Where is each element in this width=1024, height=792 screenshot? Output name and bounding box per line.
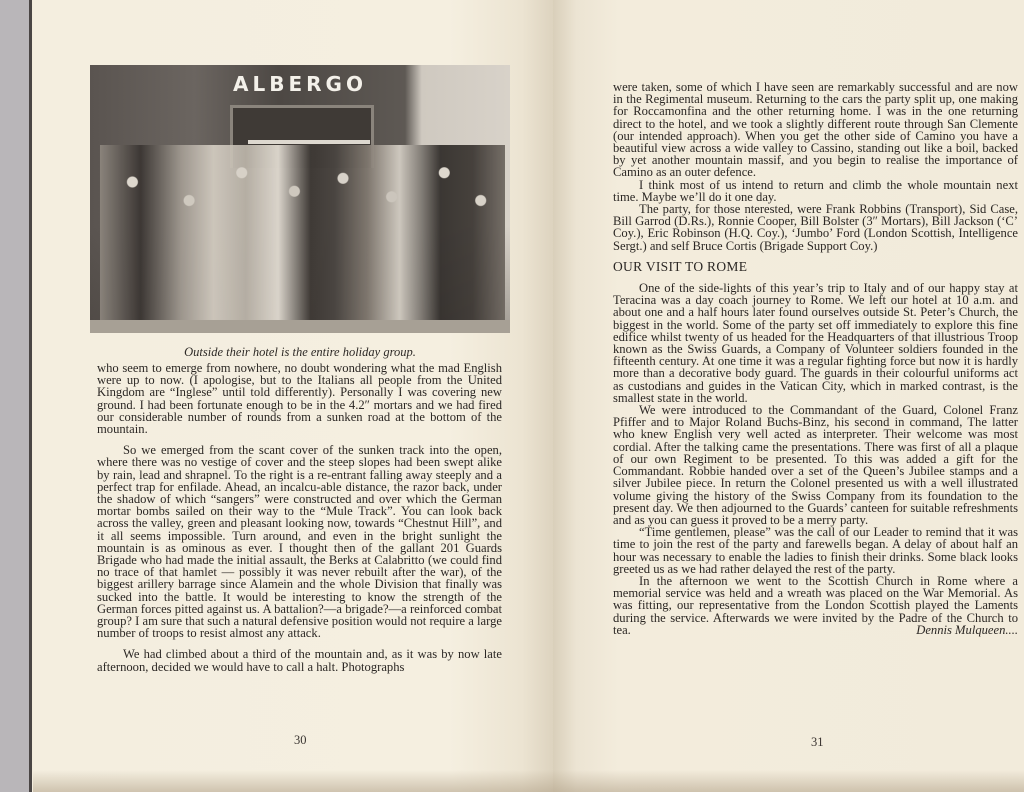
paragraph: The party, for those nterested, were Fra… [613, 203, 1018, 252]
page-number-left: 30 [294, 733, 307, 748]
paragraph: were taken, some of which I have seen ar… [613, 81, 1018, 179]
paragraph: One of the side-lights of this year’s tr… [613, 282, 1018, 404]
author-signature: Dennis Mulqueen.... [890, 624, 1018, 636]
left-page-body: who seem to emerge from nowhere, no doub… [97, 362, 502, 673]
hotel-sign: ALBERGO [229, 71, 371, 97]
right-page-body: were taken, some of which I have seen ar… [613, 81, 1018, 636]
door-awning [248, 140, 370, 144]
paragraph: We were introduced to the Commandant of … [613, 404, 1018, 526]
paragraph: We had climbed about a third of the moun… [97, 648, 502, 672]
paragraph: who seem to emerge from nowhere, no doub… [97, 362, 502, 435]
paragraph: So we emerged from the scant cover of th… [97, 444, 502, 639]
group-photo: ALBERGO [90, 65, 510, 333]
page-number-right: 31 [811, 735, 824, 750]
paragraph: I think most of us intend to return and … [613, 179, 1018, 203]
photo-caption: Outside their hotel is the entire holida… [90, 345, 510, 360]
paragraph: “Time gentlemen, please” was the call of… [613, 526, 1018, 575]
section-heading: OUR VISIT TO ROME [613, 261, 1018, 273]
page-bottom-shadow [33, 770, 1024, 792]
hotel-steps [90, 320, 510, 333]
paragraph: In the afternoon we went to the Scottish… [613, 575, 1018, 636]
group-of-people [100, 145, 505, 330]
